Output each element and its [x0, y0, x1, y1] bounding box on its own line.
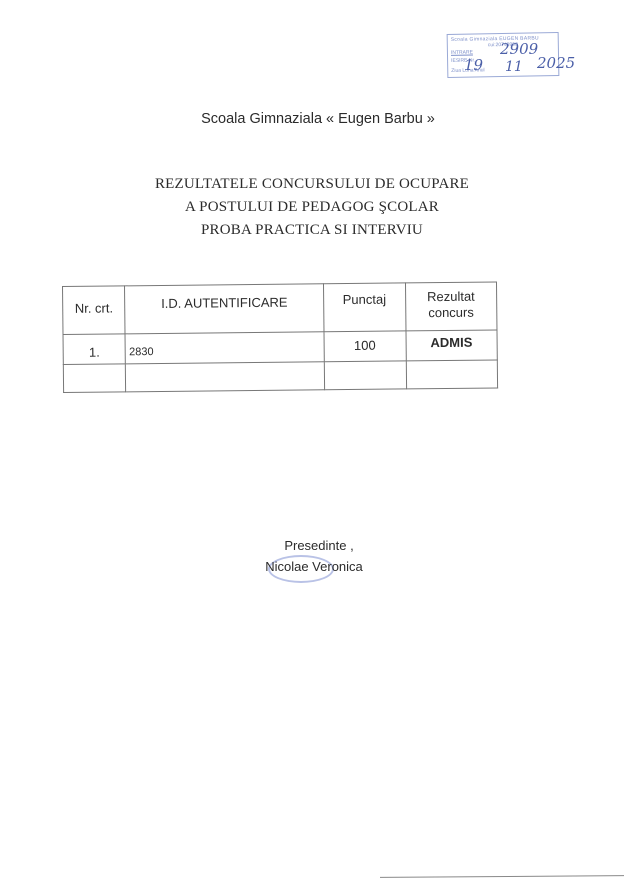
- signature-role: Presedinte ,: [0, 538, 624, 553]
- stamp-day: 19: [464, 56, 483, 74]
- table-row: [63, 360, 497, 393]
- header-rezultat-line2: concurs: [406, 304, 497, 321]
- cell-id: 2830: [125, 332, 324, 364]
- signature-name: Nicolae Veronica: [0, 559, 624, 574]
- cell-rezultat: [406, 360, 498, 389]
- header-rezultat-line1: Rezultat: [406, 288, 497, 305]
- header-nr-crt: Nr. crt.: [63, 286, 126, 335]
- header-rezultat-concurs: Rezultat concurs: [405, 282, 497, 331]
- title-line-2: A POSTULUI DE PEDAGOG ŞCOLAR: [0, 199, 624, 216]
- header-punctaj: Punctaj: [323, 283, 405, 332]
- stamp-year: 2025: [537, 54, 575, 72]
- cell-nr-crt: 1.: [63, 334, 126, 365]
- stamp-reg-number: 2909: [500, 40, 538, 58]
- stamp-month: 11: [505, 59, 523, 75]
- page-edge-line: [380, 875, 624, 878]
- results-table: Nr. crt. I.D. AUTENTIFICARE Punctaj Rezu…: [62, 281, 498, 393]
- cell-id: [126, 362, 325, 392]
- title-line-1: REZULTATELE CONCURSULUI DE OCUPARE: [0, 176, 624, 193]
- school-name: Scoala Gimnaziala « Eugen Barbu »: [0, 111, 624, 127]
- cell-rezultat: ADMIS: [406, 330, 498, 361]
- cell-nr-crt: [63, 364, 126, 393]
- header-id-autentificare: I.D. AUTENTIFICARE: [125, 284, 324, 334]
- table-row: 1. 2830 100 ADMIS: [63, 330, 497, 365]
- stamp-intrare: INTRARE: [451, 50, 473, 56]
- table-header-row: Nr. crt. I.D. AUTENTIFICARE Punctaj Rezu…: [63, 282, 497, 335]
- title-line-3: PROBA PRACTICA SI INTERVIU: [0, 222, 624, 239]
- cell-punctaj: [324, 361, 406, 390]
- cell-punctaj: 100: [324, 331, 406, 362]
